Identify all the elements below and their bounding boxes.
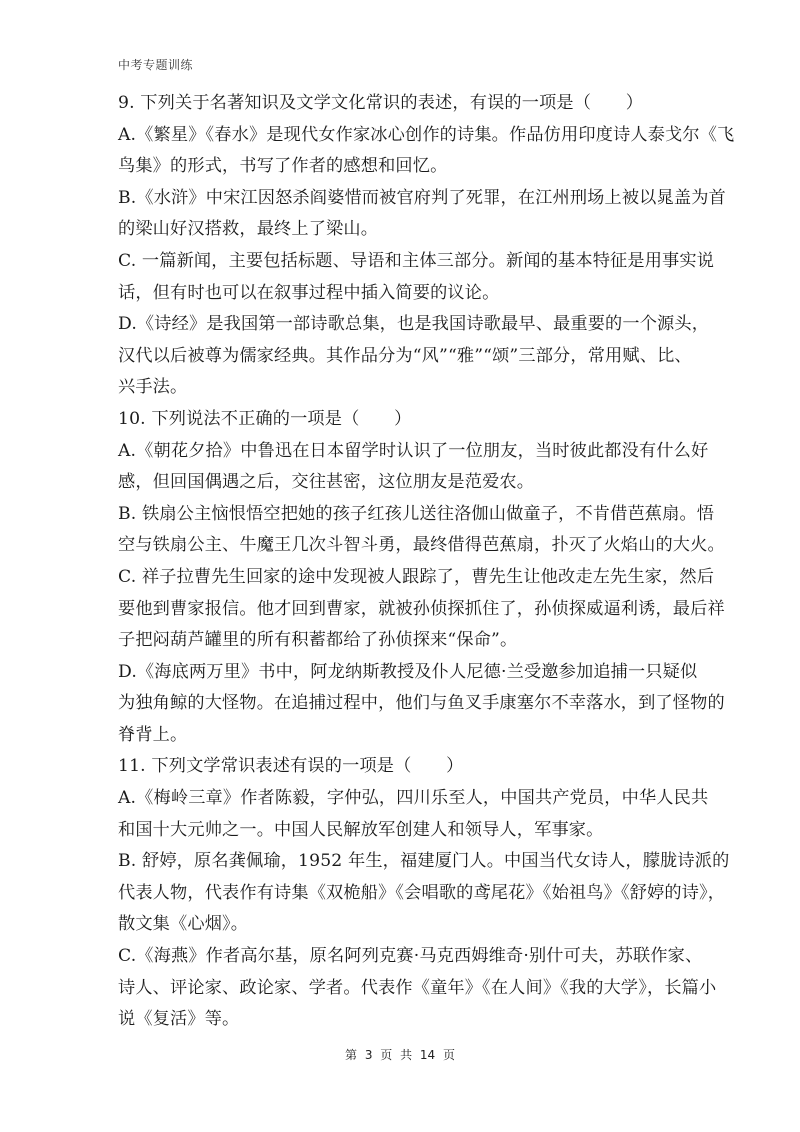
- question-10-option-b-cont: 空与铁扇公主、牛魔王几次斗智斗勇，最终借得芭蕉扇，扑灭了火焰山的大火。: [118, 530, 684, 562]
- question-11: 11. 下列文学常识表述有误的一项是（ ） A.《梅岭三章》作者陈毅，字仲弘，四…: [118, 751, 684, 1035]
- question-11-option-c-cont: 说《复活》等。: [118, 1004, 684, 1036]
- question-9-option-d: D.《诗经》是我国第一部诗歌总集，也是我国诗歌最早、最重要的一个源头，: [118, 309, 684, 341]
- question-9-option-b: B.《水浒》中宋江因怒杀阎婆惜而被官府判了死罪，在江州刑场上被以晁盖为首: [118, 183, 684, 215]
- question-11-option-b-cont: 散文集《心烟》。: [118, 909, 684, 941]
- question-10-option-c: C. 祥子拉曹先生回家的途中发现被人跟踪了，曹先生让他改走左先生家，然后: [118, 562, 684, 594]
- question-10-option-d-cont: 脊背上。: [118, 720, 684, 752]
- question-10-stem: 10. 下列说法不正确的一项是（ ）: [118, 404, 684, 436]
- question-10-option-c-cont: 要他到曹家报信。他才回到曹家，就被孙侦探抓住了，孙侦探威逼利诱，最后祥: [118, 594, 684, 626]
- question-11-option-b-cont: 代表人物，代表作有诗集《双桅船》《会唱歌的鸢尾花》《始祖鸟》《舒婷的诗》，: [118, 878, 684, 910]
- question-9-option-a: A.《繁星》《春水》是现代女作家冰心创作的诗集。作品仿用印度诗人泰戈尔《飞: [118, 120, 684, 152]
- question-10-option-a-cont: 感，但回国偶遇之后，交往甚密，这位朋友是范爱农。: [118, 467, 684, 499]
- question-9: 9. 下列关于名著知识及文学文化常识的表述，有误的一项是（ ） A.《繁星》《春…: [118, 88, 684, 404]
- question-9-option-d-cont: 兴手法。: [118, 372, 684, 404]
- document-body: 9. 下列关于名著知识及文学文化常识的表述，有误的一项是（ ） A.《繁星》《春…: [118, 88, 684, 1036]
- question-10-option-b: B. 铁扇公主恼恨悟空把她的孩子红孩儿送往洛伽山做童子，不肯借芭蕉扇。悟: [118, 499, 684, 531]
- question-9-stem: 9. 下列关于名著知识及文学文化常识的表述，有误的一项是（ ）: [118, 88, 684, 120]
- question-10-option-c-cont: 子把闷葫芦罐里的所有积蓄都给了孙侦探来“保命”。: [118, 625, 684, 657]
- question-9-option-a-cont: 鸟集》的形式，书写了作者的感想和回忆。: [118, 151, 684, 183]
- question-11-option-a-cont: 和国十大元帅之一。中国人民解放军创建人和领导人，军事家。: [118, 815, 684, 847]
- question-9-option-d-cont: 汉代以后被尊为儒家经典。其作品分为“风”“雅”“颂”三部分，常用赋、比、: [118, 341, 684, 373]
- question-10-option-d: D.《海底两万里》书中，阿龙纳斯教授及仆人尼德·兰受邀参加追捕一只疑似: [118, 657, 684, 689]
- question-9-option-b-cont: 的梁山好汉搭救，最终上了梁山。: [118, 214, 684, 246]
- question-11-stem: 11. 下列文学常识表述有误的一项是（ ）: [118, 751, 684, 783]
- question-10-option-d-cont: 为独角鲸的大怪物。在追捕过程中，他们与鱼叉手康塞尔不幸落水，到了怪物的: [118, 688, 684, 720]
- question-11-option-c: C.《海燕》作者高尔基，原名阿列克赛·马克西姆维奇·别什可夫，苏联作家、: [118, 941, 684, 973]
- document-header: 中考专题训练: [118, 56, 193, 73]
- question-11-option-c-cont: 诗人、评论家、政论家、学者。代表作《童年》《在人间》《我的大学》，长篇小: [118, 973, 684, 1005]
- question-10: 10. 下列说法不正确的一项是（ ） A.《朝花夕拾》中鲁迅在日本留学时认识了一…: [118, 404, 684, 752]
- question-9-option-c: C. 一篇新闻，主要包括标题、导语和主体三部分。新闻的基本特征是用事实说: [118, 246, 684, 278]
- question-10-option-a: A.《朝花夕拾》中鲁迅在日本留学时认识了一位朋友，当时彼此都没有什么好: [118, 436, 684, 468]
- question-11-option-b: B. 舒婷，原名龚佩瑜，1952 年生，福建厦门人。中国当代女诗人，朦胧诗派的: [118, 846, 684, 878]
- page-number: 第 3 页 共 14 页: [0, 1046, 800, 1063]
- question-9-option-c-cont: 话，但有时也可以在叙事过程中插入简要的议论。: [118, 278, 684, 310]
- question-11-option-a: A.《梅岭三章》作者陈毅，字仲弘，四川乐至人，中国共产党员，中华人民共: [118, 783, 684, 815]
